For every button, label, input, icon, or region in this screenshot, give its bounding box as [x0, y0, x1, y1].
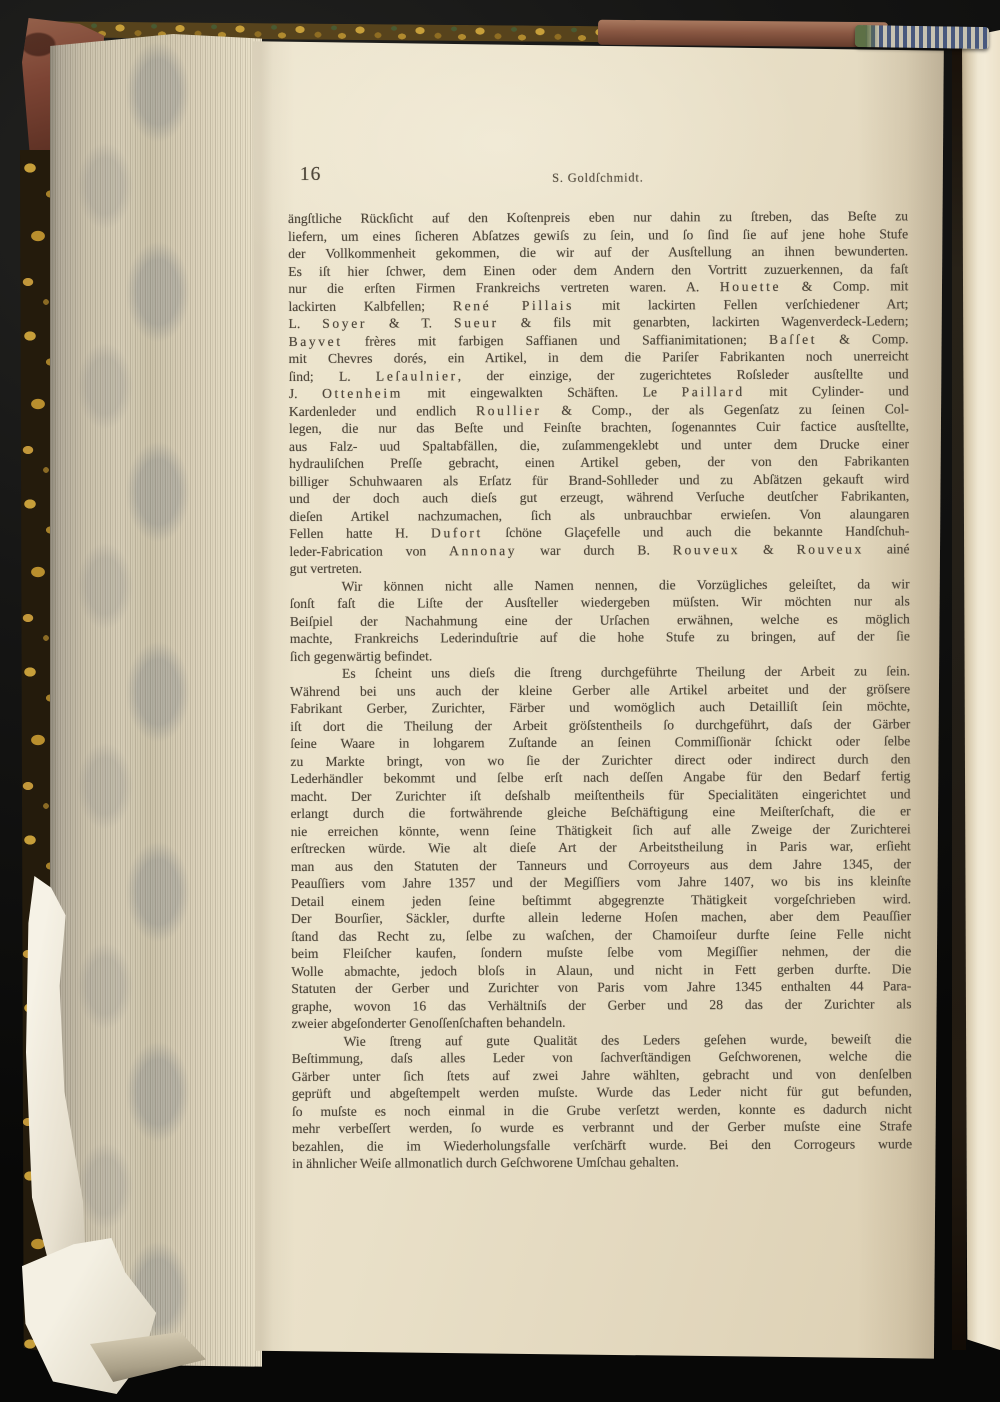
running-head-row: 16 S. Goldſchmidt.: [288, 161, 908, 198]
text-line: ſeine Waare in lohgarem Zuſtande an ſein…: [290, 732, 910, 752]
text-line: Lederhändler bekommt und ſelbe erſt nach…: [290, 767, 910, 787]
text-line: erſtrecken würde. Wie alt dieſe Art der …: [291, 837, 911, 857]
text-line: mit Chevres dorés, ein Artikel, in dem d…: [289, 347, 909, 367]
text-line: beim Fleiſcher kaufen, ſondern muſste ſe…: [291, 942, 911, 962]
letterspaced-name: Ottenheim: [322, 386, 403, 401]
letterspaced-name: Bayvet: [289, 333, 343, 348]
text-line: Statuten der Gerber und Zurichter von Pa…: [291, 977, 911, 997]
text-line: machte, Frankreichs Lederinduſtrie auf d…: [290, 627, 910, 647]
letterspaced-name: Rouveux: [797, 541, 864, 556]
page-stack-fore-edge: [50, 34, 262, 1370]
book-page: 16 S. Goldſchmidt. ängſtliche Rückſicht …: [253, 36, 955, 1360]
letterspaced-name: Soyer: [322, 316, 367, 331]
printed-text-block: 16 S. Goldſchmidt. ängſtliche Rückſicht …: [288, 207, 912, 1172]
text-line: in ähnlicher Weiſe allmonatlich durch Ge…: [292, 1152, 912, 1172]
running-header: S. Goldſchmidt.: [288, 161, 908, 187]
letterspaced-name: Annonay: [449, 543, 517, 558]
letterspaced-name: Rouveux: [673, 542, 740, 557]
next-page-edge: [962, 30, 1000, 1350]
spine-leather-edge: [598, 20, 888, 48]
text-line: Fellen hatte H. Dufort ſchöne Glaçefelle…: [289, 522, 909, 542]
headband: [855, 25, 989, 49]
text-line: Peauſſiers vom Jahre 1357 und der Megiſſ…: [291, 872, 911, 892]
letterspaced-name: Roullier: [476, 402, 541, 417]
text-line: Beſtimmung, daſs alles Leder von ſachver…: [292, 1047, 912, 1067]
text-line: legen, die nur das Beſte und Feinſte bra…: [289, 417, 909, 437]
book-photo: 16 S. Goldſchmidt. ängſtliche Rückſicht …: [0, 0, 1000, 1402]
text-line: L. Soyer & T. Sueur & fils mit genarbten…: [288, 312, 908, 332]
text-line: leder-Fabrication von Annonay war durch …: [289, 540, 909, 560]
text-line: erlangt durch die fortwährende gleiche B…: [291, 802, 911, 822]
letterspaced-name: Leſaulnier: [376, 368, 458, 383]
text-line: geprüft und abgeſtempelt werden muſste. …: [292, 1082, 912, 1102]
text-line: und der doch auch dieſs gut erzeugt, wäh…: [289, 487, 909, 507]
text-line: hydrauliſchen Preſſe gebracht, einen Art…: [289, 452, 909, 472]
text-lines: ängſtliche Rückſicht auf den Koſtenpreis…: [288, 207, 912, 1172]
text-line: Der Bourſier, Säckler, durfte allein led…: [291, 907, 911, 927]
letterspaced-name: René Pillais: [453, 297, 574, 313]
text-line: ſonſt faſt die Liſte der Ausſteller wied…: [290, 592, 910, 612]
text-line: graphe, wovon 16 das Verhältniſs der Ger…: [291, 995, 911, 1015]
letterspaced-name: Paillard: [682, 384, 745, 399]
text-line: Fabrikant Gerber, Zurichter, Färber und …: [290, 697, 910, 717]
letterspaced-name: Sueur: [454, 315, 499, 330]
text-line: der Vollkommenheit gekommen, die wir auf…: [288, 242, 908, 262]
text-line: Es ſcheint uns dieſs die ſtreng durchgef…: [290, 662, 910, 682]
page-number: 16: [300, 164, 322, 186]
text-line: bezahlen, die im Wiederholungsfalle verſ…: [292, 1135, 912, 1155]
text-line: J. Ottenheim mit eingewalkten Schäften. …: [289, 382, 909, 402]
text-line: mehr verbeſſert werden, ſo wurde es verb…: [292, 1117, 912, 1137]
letterspaced-name: Dufort: [431, 525, 483, 540]
letterspaced-name: Houette: [720, 279, 781, 294]
text-line: nur die erſten Firmen Frankreichs vertre…: [288, 277, 908, 297]
letterspaced-name: Baſſet: [769, 331, 817, 346]
text-line: ängſtliche Rückſicht auf den Koſtenpreis…: [288, 207, 908, 227]
